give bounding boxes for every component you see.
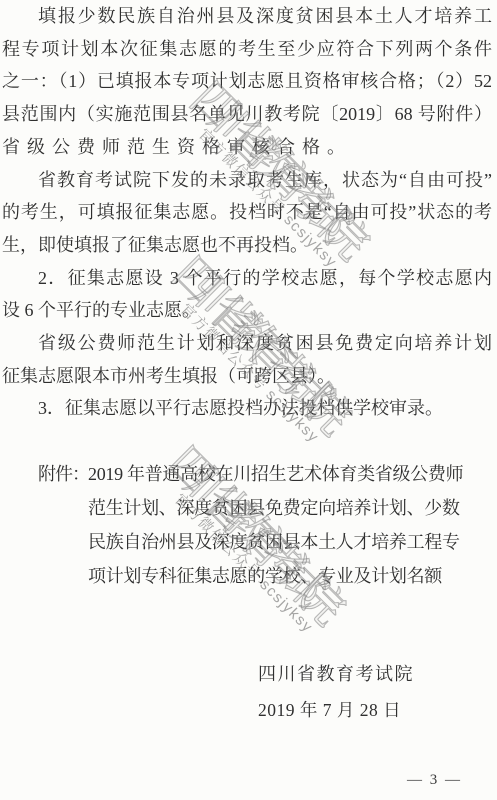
body-line: 省级公费师范生计划和深度贫困县免费定向培养计划: [2, 327, 492, 360]
document-body: 填报少数民族自治州县及深度贫困县本土人才培养工 程专项计划本次征集志愿的考生至少…: [2, 0, 492, 425]
body-line: 生，即使填报了征集志愿也不再投档。: [2, 229, 492, 262]
body-line: 省级公费师范生资格审核合格。: [2, 131, 492, 164]
attachment-line: 2019 年普通高校在川招生艺术体育类省级公费师: [88, 457, 478, 491]
body-line: 2．征集志愿设 3 个平行的学校志愿，每个学校志愿内: [2, 262, 492, 295]
signature-block: 四川省教育考试院 2019 年 7 月 28 日: [258, 660, 414, 722]
signature-issuer: 四川省教育考试院: [258, 660, 414, 686]
body-line: 征集志愿限本市州考生填报（可跨区县）。: [2, 360, 492, 393]
attachment-block: 附件： 2019 年普通高校在川招生艺术体育类省级公费师 范生计划、深度贫困县免…: [38, 457, 478, 593]
body-line: 设 6 个平行的专业志愿。: [2, 294, 492, 327]
body-line: 县范围内（实施范围县名单见川教考院〔2019〕68 号附件）: [2, 98, 492, 131]
body-line: 的考生，可填报征集志愿。投档时不是“自由可投”状态的考: [2, 196, 492, 229]
attachment-content: 2019 年普通高校在川招生艺术体育类省级公费师 范生计划、深度贫困县免费定向培…: [88, 457, 478, 593]
attachment-line: 范生计划、深度贫困县免费定向培养计划、少数: [88, 491, 478, 525]
attachment-line: 项计划专科征集志愿的学校、专业及计划名额: [88, 559, 478, 593]
signature-date: 2019 年 7 月 28 日: [258, 697, 414, 722]
body-line: 程专项计划本次征集志愿的考生至少应符合下列两个条件: [2, 33, 492, 66]
body-line: 省教育考试院下发的未录取考生库，状态为“自由可投”: [2, 164, 492, 197]
body-line: 之一：（1）已填报本专项计划志愿且资格审核合格；（2）52: [2, 65, 492, 98]
page-number: — 3 —: [407, 772, 462, 789]
body-line: 3．征集志愿以平行志愿投档办法投档供学校审录。: [2, 392, 492, 425]
body-line: 填报少数民族自治州县及深度贫困县本土人才培养工: [2, 0, 492, 33]
document-page: 四川省教育考试院 官方微信公众号 scsjyksy 四川省教育考试院 官方微信公…: [0, 0, 497, 800]
attachment-label: 附件：: [38, 457, 88, 593]
attachment-line: 民族自治州县及深度贫困县本土人才培养工程专: [88, 525, 478, 559]
